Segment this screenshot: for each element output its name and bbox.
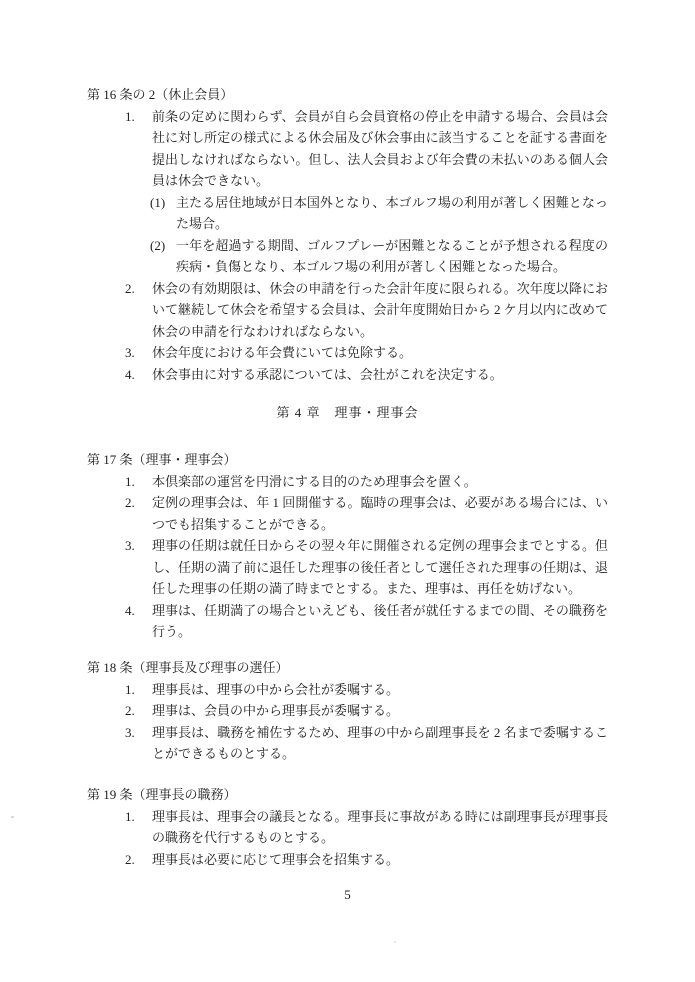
list-item: 1. 理事長は、理事の中から会社が委嘱する。 bbox=[87, 679, 608, 701]
item-text: 休会事由に対する承認については、会社がこれを決定する。 bbox=[152, 364, 608, 386]
item-number: 1. bbox=[125, 806, 135, 828]
article-18-heading: 第 18 条（理事長及び理事の選任） bbox=[87, 657, 608, 679]
subitem-text: 主たる居住地域が日本国外となり、本ゴルフ場の利用が著しく困難となった場合。 bbox=[176, 192, 608, 235]
item-text: 休会年度における年会費にいては免除する。 bbox=[152, 342, 608, 364]
item-number: 1. bbox=[125, 471, 135, 493]
item-text: 理事長は、職務を補佐するため、理事の中から副理事長を 2 名まで委嘱することがで… bbox=[152, 722, 608, 765]
article-19-heading: 第 19 条（理事長の職務） bbox=[87, 784, 608, 806]
list-item: 1. 前条の定めに関わらず、会員が自ら会員資格の停止を申請する場合、会員は会社に… bbox=[87, 106, 608, 192]
item-text: 理事は、会員の中から理事長が委嘱する。 bbox=[152, 700, 608, 722]
page-number: 5 bbox=[0, 884, 695, 906]
article-16-2-heading: 第 16 条の 2（休止会員） bbox=[87, 84, 608, 106]
item-number: 2. bbox=[125, 700, 135, 722]
item-text: 休会の有効期限は、休会の申請を行った会計年度に限られる。次年度以降において継続し… bbox=[152, 278, 608, 343]
scan-speck bbox=[394, 941, 396, 943]
item-number: 2. bbox=[125, 849, 135, 871]
list-item: 2. 理事は、会員の中から理事長が委嘱する。 bbox=[87, 700, 608, 722]
item-number: 2. bbox=[125, 492, 135, 514]
list-item: 3. 理事長は、職務を補佐するため、理事の中から副理事長を 2 名まで委嘱するこ… bbox=[87, 722, 608, 765]
item-text: 理事長は、理事会の議長となる。理事長に事故がある時には副理事長が理事長の職務を代… bbox=[152, 806, 608, 849]
item-text: 本倶楽部の運営を円滑にする目的のため理事会を置く。 bbox=[152, 471, 608, 493]
item-number: 2. bbox=[125, 278, 135, 300]
subitem-text: 一年を超過する期間、ゴルフプレーが困難となることが予想される程度の疾病・負傷とな… bbox=[176, 235, 608, 278]
item-text: 理事は、任期満了の場合といえども、後任者が就任するまでの間、その職務を行う。 bbox=[152, 600, 608, 643]
list-item: 1. 理事長は、理事会の議長となる。理事長に事故がある時には副理事長が理事長の職… bbox=[87, 806, 608, 849]
item-number: 3. bbox=[125, 342, 135, 364]
list-item: 2. 理事長は必要に応じて理事会を招集する。 bbox=[87, 849, 608, 871]
subitem-number: (2) bbox=[150, 235, 165, 257]
item-text: 理事長は、理事の中から会社が委嘱する。 bbox=[152, 679, 608, 701]
article-19-section: 第 19 条（理事長の職務） 1. 理事長は、理事会の議長となる。理事長に事故が… bbox=[87, 784, 608, 870]
article-17-section: 第 17 条（理事・理事会） 1. 本倶楽部の運営を円滑にする目的のため理事会を… bbox=[87, 449, 608, 643]
chapter-heading: 第 4 章 理事・理事会 bbox=[87, 402, 608, 424]
list-item: 3. 理事の任期は就任日からその翌々年に開催される定例の理事会までとする。但し、… bbox=[87, 535, 608, 600]
article-17-heading: 第 17 条（理事・理事会） bbox=[87, 449, 608, 471]
list-item: 2. 定例の理事会は、年 1 回開催する。臨時の理事会は、必要がある場合には、い… bbox=[87, 492, 608, 535]
item-text: 定例の理事会は、年 1 回開催する。臨時の理事会は、必要がある場合には、いつでも… bbox=[152, 492, 608, 535]
item-number: 1. bbox=[125, 679, 135, 701]
list-item: 2. 休会の有効期限は、休会の申請を行った会計年度に限られる。次年度以降において… bbox=[87, 278, 608, 343]
list-item: 4. 理事は、任期満了の場合といえども、後任者が就任するまでの間、その職務を行う… bbox=[87, 600, 608, 643]
item-number: 4. bbox=[125, 600, 135, 622]
list-item: 3. 休会年度における年会費にいては免除する。 bbox=[87, 342, 608, 364]
document-page: 第 16 条の 2（休止会員） 1. 前条の定めに関わらず、会員が自ら会員資格の… bbox=[0, 0, 695, 982]
list-item: 1. 本倶楽部の運営を円滑にする目的のため理事会を置く。 bbox=[87, 471, 608, 493]
item-number: 3. bbox=[125, 535, 135, 557]
item-text: 理事長は必要に応じて理事会を招集する。 bbox=[152, 849, 608, 871]
item-number: 4. bbox=[125, 364, 135, 386]
scan-speck bbox=[11, 816, 14, 818]
sub-list-item: (2) 一年を超過する期間、ゴルフプレーが困難となることが予想される程度の疾病・… bbox=[87, 235, 608, 278]
list-item: 4. 休会事由に対する承認については、会社がこれを決定する。 bbox=[87, 364, 608, 386]
item-text: 前条の定めに関わらず、会員が自ら会員資格の停止を申請する場合、会員は会社に対し所… bbox=[152, 106, 608, 192]
item-text: 理事の任期は就任日からその翌々年に開催される定例の理事会までとする。但し、任期の… bbox=[152, 535, 608, 600]
article-18-section: 第 18 条（理事長及び理事の選任） 1. 理事長は、理事の中から会社が委嘱する… bbox=[87, 657, 608, 765]
article-16-2-section: 第 16 条の 2（休止会員） 1. 前条の定めに関わらず、会員が自ら会員資格の… bbox=[87, 84, 608, 385]
sub-list-item: (1) 主たる居住地域が日本国外となり、本ゴルフ場の利用が著しく困難となった場合… bbox=[87, 192, 608, 235]
item-number: 3. bbox=[125, 722, 135, 744]
item-number: 1. bbox=[125, 106, 135, 128]
subitem-number: (1) bbox=[150, 192, 165, 214]
